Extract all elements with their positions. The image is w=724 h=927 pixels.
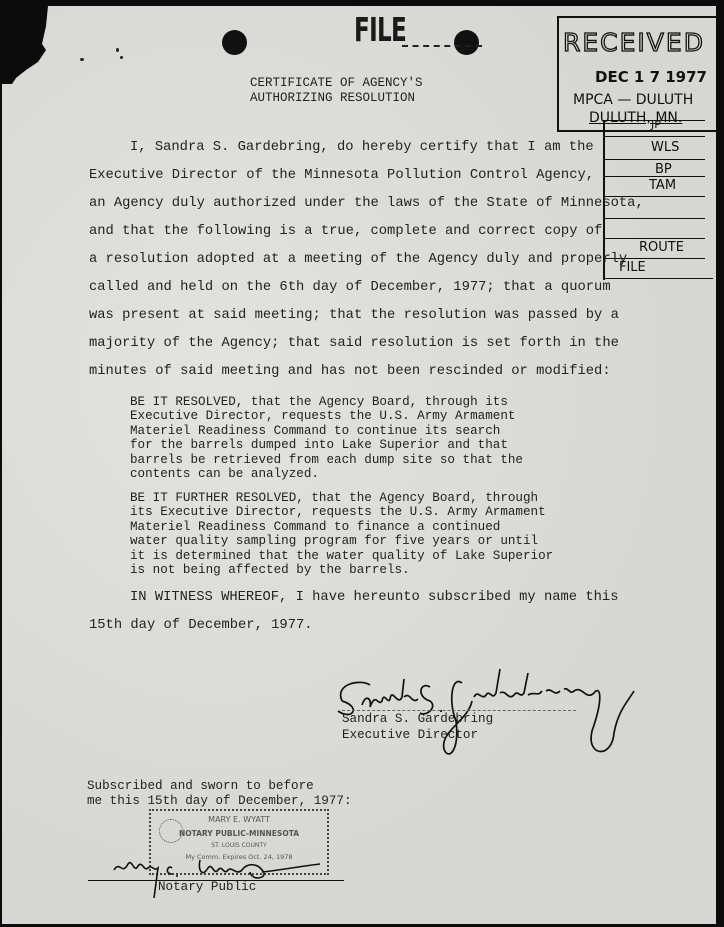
certification-line: Executive Director of the Minnesota Poll… xyxy=(89,168,594,183)
certification-line: was present at said meeting; that the re… xyxy=(89,308,619,323)
routing-initial-bp: BP xyxy=(655,162,672,177)
routing-route-label: ROUTE xyxy=(639,240,684,255)
received-stamp-date: DEC 1 7 1977 xyxy=(595,68,707,86)
routing-initial-jp: JP xyxy=(651,118,661,131)
routing-divider xyxy=(605,159,705,160)
routing-divider xyxy=(605,238,705,239)
routing-divider xyxy=(605,218,705,219)
staple-marks xyxy=(80,44,130,64)
routing-divider xyxy=(605,176,705,177)
witness-line: IN WITNESS WHEREOF, I have hereunto subs… xyxy=(130,590,619,605)
signatory-title: Executive Director xyxy=(342,728,478,742)
received-stamp-label: RECEIVED xyxy=(563,28,705,57)
file-stamp-line xyxy=(402,45,482,47)
certification-line: I, Sandra S. Gardebring, do hereby certi… xyxy=(130,140,594,155)
signatory-signature-line xyxy=(342,710,576,711)
seal-emblem xyxy=(159,819,183,843)
notary-label: Notary Public xyxy=(158,880,256,894)
witness-date-line: 15th day of December, 1977. xyxy=(89,618,313,633)
punch-hole-left xyxy=(222,30,247,55)
document-title: CERTIFICATE OF AGENCY'S AUTHORIZING RESO… xyxy=(250,76,423,106)
notary-sworn-date-line: me this 15th day of December, 1977: xyxy=(87,794,352,808)
certification-line: minutes of said meeting and has not been… xyxy=(89,364,611,379)
signatory-name: Sandra S. Gardebring xyxy=(342,712,493,726)
routing-initial-wls: WLS xyxy=(651,140,679,155)
signatory-signature xyxy=(332,661,642,761)
notary-sworn-line: Subscribed and sworn to before xyxy=(87,779,314,793)
document-page: FILE RECEIVED DEC 1 7 1977 MPCA — DULUTH… xyxy=(2,6,716,924)
certification-line: a resolution adopted at a meeting of the… xyxy=(89,252,627,267)
received-stamp: RECEIVED DEC 1 7 1977 MPCA — DULUTH DULU… xyxy=(557,16,716,132)
torn-corner xyxy=(2,6,50,84)
resolution-1: BE IT RESOLVED, that the Agency Board, t… xyxy=(130,395,523,481)
file-stamp: FILE xyxy=(354,10,406,49)
punch-hole-right xyxy=(454,30,479,55)
routing-initial-tam: TAM xyxy=(649,178,676,193)
resolution-2: BE IT FURTHER RESOLVED, that the Agency … xyxy=(130,491,553,577)
certification-line: called and held on the 6th day of Decemb… xyxy=(89,280,611,295)
certification-line: an Agency duly authorized under the laws… xyxy=(89,196,644,211)
routing-divider xyxy=(605,136,705,137)
title-line-2: AUTHORIZING RESOLUTION xyxy=(250,91,423,106)
received-stamp-office: MPCA — DULUTH xyxy=(573,92,693,108)
title-line-1: CERTIFICATE OF AGENCY'S xyxy=(250,76,423,91)
routing-divider xyxy=(605,278,713,279)
certification-line: and that the following is a true, comple… xyxy=(89,224,602,239)
certification-line: majority of the Agency; that said resolu… xyxy=(89,336,619,351)
